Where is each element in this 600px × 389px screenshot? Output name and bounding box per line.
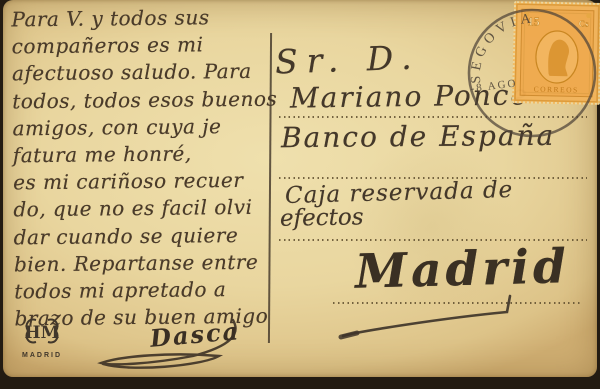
svg-text:SEGOVIA: SEGOVIA <box>469 12 536 84</box>
message-line: Para V. y todos sus <box>11 4 267 34</box>
publisher-monogram-icon: HM <box>21 315 63 347</box>
address-salutation: Sr. D. <box>274 37 421 81</box>
postmark-ring <box>469 10 595 136</box>
publisher-monogram: HM <box>25 323 60 343</box>
postmark: SEGOVIA -8 AGO <box>453 0 600 150</box>
message-line: compañeros es mi <box>12 31 268 61</box>
message-line: afectuoso saludo. Para <box>12 58 268 88</box>
postcard: Para V. y todos sus compañeros es mi afe… <box>3 0 597 377</box>
postmark-city: SEGOVIA <box>469 12 536 84</box>
message-line: dar cuando se quiere <box>14 221 270 251</box>
publisher-city-label: MADRID <box>16 352 68 359</box>
publisher-logo: HM MADRID <box>16 315 68 359</box>
message-block: Para V. y todos sus compañeros es mi afe… <box>11 4 270 333</box>
message-line: do, que no es facil olvi <box>13 194 269 224</box>
message-line: es mi cariñoso recuer <box>13 167 269 197</box>
address-detail-line: efectos <box>280 204 364 231</box>
message-line: todos, todos esos buenos <box>12 85 268 115</box>
city-underline-flourish <box>283 290 543 360</box>
signature-flourish-stroke <box>81 296 266 386</box>
message-line: amigos, con cuya je <box>12 112 268 142</box>
divider-line <box>268 33 272 343</box>
message-line: bien. Repartanse entre <box>14 248 270 278</box>
message-line: fatura me honré, <box>13 140 269 170</box>
